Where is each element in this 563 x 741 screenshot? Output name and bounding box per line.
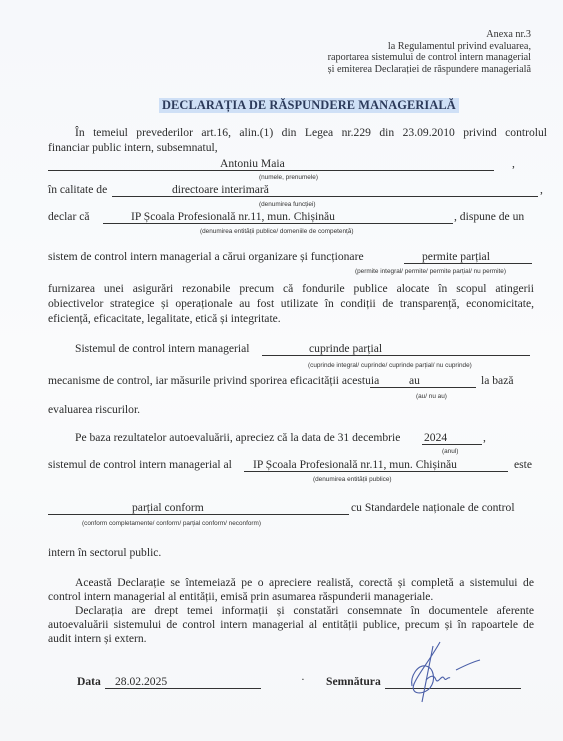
system-hint: (permite integral/ permite/ permite parț… <box>355 268 506 275</box>
intro-line-2: financiar public intern, subsemnatul, <box>48 141 218 154</box>
entity-value: IP Școala Profesională nr.11, mun. Chiși… <box>131 210 335 223</box>
annex-line: Anexa nr.3 <box>328 29 531 41</box>
position-label: în calitate de <box>48 183 107 196</box>
system-underline <box>404 263 532 264</box>
annex-header: Anexa nr.3 la Regulamentul privind evalu… <box>328 29 531 75</box>
document-title: DECLARAȚIA DE RĂSPUNDERE MANAGERIALĂ <box>159 98 459 113</box>
mechanisms-line-2: mecanisme de control, iar măsurile privi… <box>48 374 379 387</box>
entity-suffix: , dispune de un <box>454 210 524 223</box>
mechanisms-value: cuprinde parțial <box>309 342 382 355</box>
assessment-line-4: intern în sectorul public. <box>48 546 161 559</box>
date-underline <box>105 688 261 689</box>
name-underline <box>48 170 494 171</box>
effectiveness-hint: (au/ nu au) <box>416 393 447 400</box>
handwritten-signature-icon <box>400 640 490 710</box>
entity-label: declar că <box>48 210 90 223</box>
mechanisms-hint: (cuprinde integral/ cuprinde/ cuprinde p… <box>308 362 472 369</box>
entity-hint: (denumirea entității publice/ domeniile … <box>200 228 353 235</box>
year-hint: (anul) <box>442 448 458 455</box>
year-value: 2024 <box>424 431 447 444</box>
mechanisms-line-3: evaluarea riscurilor. <box>48 403 140 416</box>
name-value: Antoniu Maia <box>220 157 285 170</box>
comma: , <box>540 183 543 196</box>
name-hint: (numele, prenumele) <box>259 174 318 181</box>
system-para-line: furnizarea unei asigurări rezonabile pre… <box>48 282 534 295</box>
document-page: Anexa nr.3 la Regulamentul privind evalu… <box>0 0 563 741</box>
position-underline <box>112 196 538 197</box>
assessment-entity-hint: (denumirea entității publice) <box>313 476 392 483</box>
position-value: directoare interimară <box>172 183 269 196</box>
system-value: permite parțial <box>422 250 490 263</box>
closing-para-2-line: audit intern și extern. <box>48 632 147 645</box>
assessment-entity-underline <box>244 471 508 472</box>
assessment-text: Pe baza rezultatelor autoevaluării, apre… <box>75 431 400 444</box>
entity-underline <box>103 223 453 224</box>
comma: , <box>512 157 515 170</box>
effectiveness-underline <box>370 387 476 388</box>
assessment-suffix: este <box>514 458 532 471</box>
closing-para-2-line: Declarația are drept temei informații și… <box>75 604 534 617</box>
annex-line: raportarea sistemului de control intern … <box>328 52 531 64</box>
conformity-underline <box>48 514 349 515</box>
signature-label: Semnătura <box>326 675 381 688</box>
closing-para-1-line: Această Declarație se întemeiază pe o ap… <box>75 576 534 589</box>
year-underline <box>422 444 482 445</box>
date-label: Data <box>77 675 101 688</box>
effectiveness-suffix: la bază <box>481 374 514 387</box>
annex-line: la Regulamentul privind evaluarea, <box>328 41 531 53</box>
conformity-value: parțial conform <box>132 501 204 514</box>
effectiveness-value: au <box>409 374 420 387</box>
intro-line-1: În temeiul prevederilor art.16, alin.(1)… <box>75 126 547 139</box>
system-text: sistem de control intern managerial a că… <box>48 250 364 263</box>
mechanisms-underline <box>262 355 530 356</box>
position-hint: (denumirea funcției) <box>259 201 315 208</box>
annex-line: și emiterea Declarației de răspundere ma… <box>328 64 531 76</box>
closing-para-1-line: control intern managerial al entității, … <box>48 590 433 603</box>
system-para-line: eficiență, eficacitate, legalitate, etic… <box>48 312 281 325</box>
assessment-entity: IP Școala Profesională nr.11, mun. Chiși… <box>253 458 457 471</box>
mechanisms-text: Sistemul de control intern managerial <box>75 342 250 355</box>
date-value: 28.02.2025 <box>115 675 167 688</box>
conformity-suffix: cu Standardele naționale de control <box>351 501 515 514</box>
assessment-line-2: sistemul de control intern managerial al <box>48 458 232 471</box>
conformity-hint: (conform completamente/ conform/ parțial… <box>82 520 261 527</box>
comma: , <box>483 431 486 444</box>
closing-para-2-line: autoevaluării sistemului de control inte… <box>48 618 534 631</box>
dot-mark: · <box>301 673 305 686</box>
system-para-line: obiectivelor strategice și operaționale … <box>48 297 534 310</box>
